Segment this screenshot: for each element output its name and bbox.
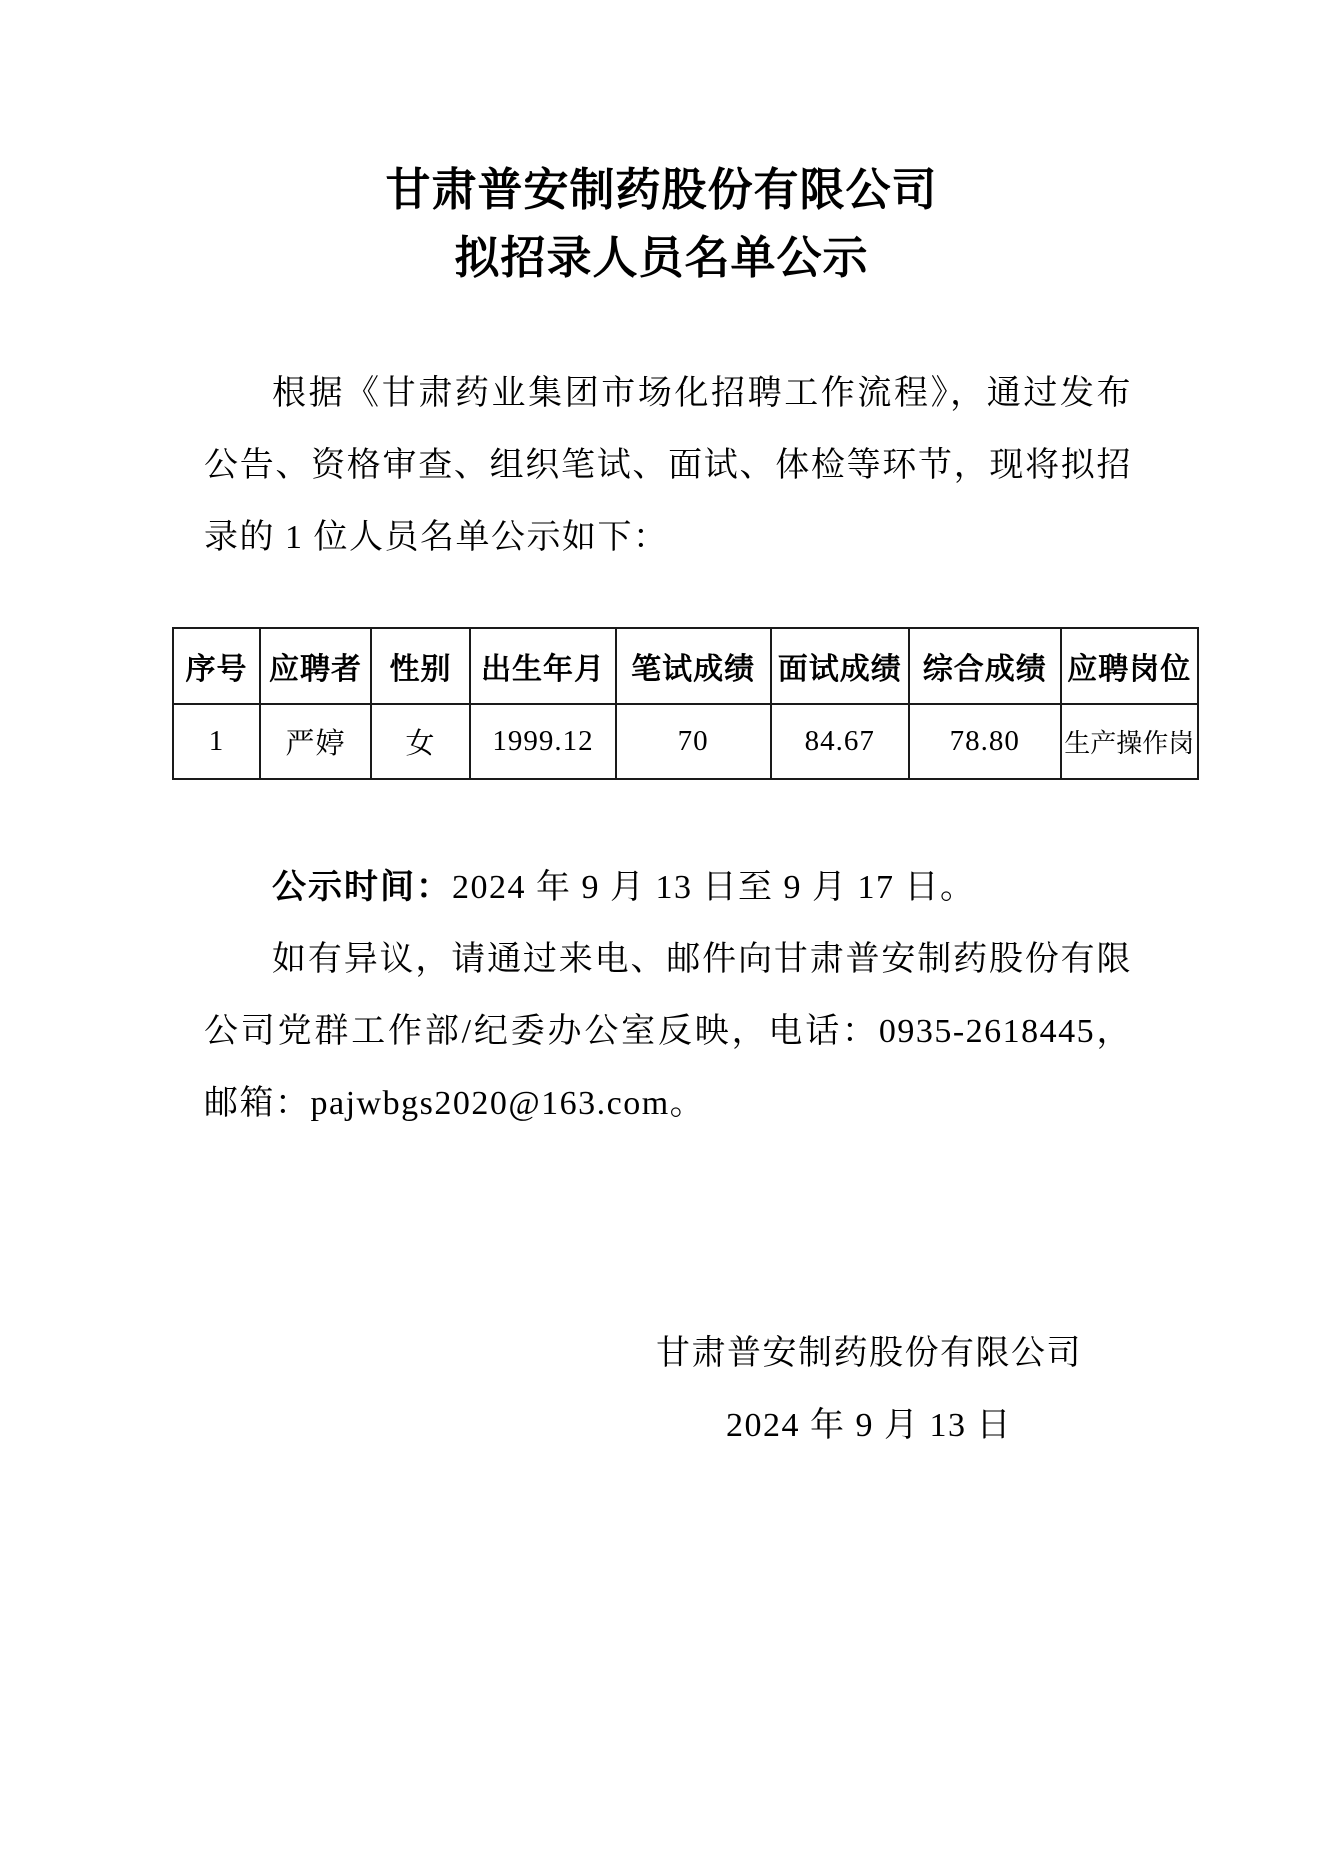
- notice-line-3: 公司党群工作部/纪委办公室反映，电话：0935-2618445，: [204, 996, 1132, 1068]
- notice-line-2: 如有异议，请通过来电、邮件向甘肃普安制药股份有限: [204, 924, 1132, 996]
- signature-date: 2024 年 9 月 13 日: [656, 1390, 1082, 1462]
- cell-overall-score: 78.80: [909, 704, 1061, 779]
- column-header-gender: 性别: [371, 628, 470, 704]
- candidate-roster-table: 序号 应聘者 性别 出生年月 笔试成绩 面试成绩 综合成绩 应聘岗位 1 严婷 …: [172, 627, 1199, 780]
- notice-time-line: 公示时间：2024 年 9 月 13 日至 9 月 17 日。: [204, 852, 1132, 924]
- cell-index: 1: [173, 704, 260, 779]
- notice-time-label: 公示时间：: [272, 869, 452, 906]
- document-title: 甘肃普安制药股份有限公司 拟招录人员名单公示: [0, 156, 1323, 292]
- signature-company: 甘肃普安制药股份有限公司: [656, 1318, 1082, 1390]
- cell-birthdate: 1999.12: [470, 704, 616, 779]
- column-header-overall-score: 综合成绩: [909, 628, 1061, 704]
- title-line-company: 甘肃普安制药股份有限公司: [0, 156, 1323, 224]
- notice-paragraph: 公示时间：2024 年 9 月 13 日至 9 月 17 日。 如有异议，请通过…: [204, 852, 1132, 1140]
- column-header-interview-score: 面试成绩: [771, 628, 909, 704]
- signature-block: 甘肃普安制药股份有限公司 2024 年 9 月 13 日: [656, 1318, 1082, 1462]
- intro-paragraph: 根据《甘肃药业集团市场化招聘工作流程》，通过发布 公告、资格审查、组织笔试、面试…: [204, 358, 1132, 574]
- column-header-birthdate: 出生年月: [470, 628, 616, 704]
- intro-line-2: 公告、资格审查、组织笔试、面试、体检等环节，现将拟招: [204, 430, 1132, 502]
- cell-applicant: 严婷: [260, 704, 371, 779]
- cell-gender: 女: [371, 704, 470, 779]
- notice-line-4: 邮箱：pajwbgs2020@163.com。: [204, 1068, 1132, 1140]
- cell-interview-score: 84.67: [771, 704, 909, 779]
- cell-position: 生产操作岗: [1061, 704, 1198, 779]
- title-line-subject: 拟招录人员名单公示: [0, 224, 1323, 292]
- intro-line-1: 根据《甘肃药业集团市场化招聘工作流程》，通过发布: [204, 358, 1132, 430]
- cell-written-score: 70: [616, 704, 771, 779]
- column-header-position: 应聘岗位: [1061, 628, 1198, 704]
- table-row: 1 严婷 女 1999.12 70 84.67 78.80 生产操作岗: [173, 704, 1198, 779]
- notice-time-value: 2024 年 9 月 13 日至 9 月 17 日。: [452, 869, 976, 906]
- document-page: 甘肃普安制药股份有限公司 拟招录人员名单公示 根据《甘肃药业集团市场化招聘工作流…: [0, 0, 1323, 1871]
- column-header-written-score: 笔试成绩: [616, 628, 771, 704]
- intro-line-3: 录的 1 位人员名单公示如下：: [204, 502, 1132, 574]
- table-header-row: 序号 应聘者 性别 出生年月 笔试成绩 面试成绩 综合成绩 应聘岗位: [173, 628, 1198, 704]
- column-header-index: 序号: [173, 628, 260, 704]
- column-header-applicant: 应聘者: [260, 628, 371, 704]
